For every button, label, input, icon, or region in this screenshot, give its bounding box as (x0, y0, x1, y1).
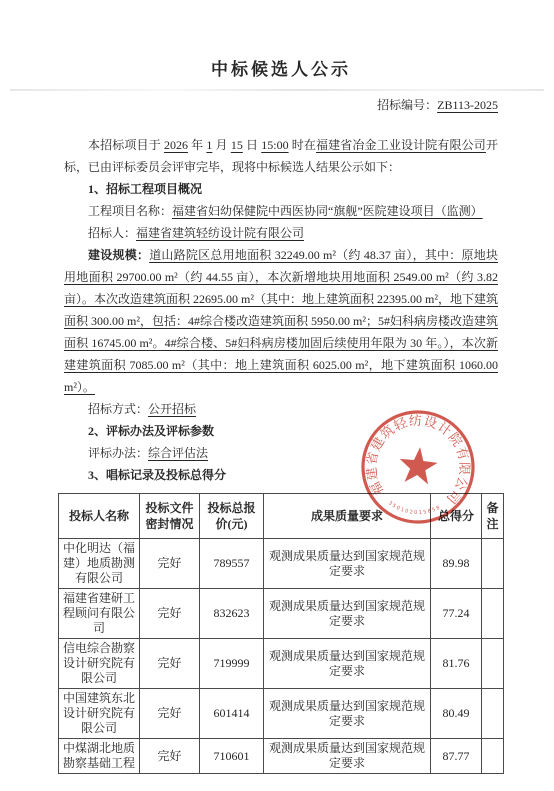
cell-quality-requirement: 观测成果质量达到国家规范规定要求 (264, 589, 431, 639)
cell-total-score: 80.49 (431, 689, 482, 739)
table-row: 中化明达（福建）地质勘测有限公司完好789557观测成果质量达到国家规范规定要求… (59, 539, 504, 589)
cell-bidder-name: 中国建筑东北设计研究院有限公司 (59, 689, 140, 739)
bid-results-table: 投标人名称 投标文件密封情况 投标总报价(元) 成果质量要求 总得分 备注 中化… (58, 493, 504, 774)
text-segment: 福建省妇幼保健院中西医协同“旗舰”医院建设项目（监测） (172, 204, 483, 218)
cell-remarks (482, 589, 504, 639)
cell-remarks (482, 539, 504, 589)
text-segment: 日 (243, 138, 261, 152)
header-quality-requirement: 成果质量要求 (264, 494, 431, 539)
tender-ref-label: 招标编号： (377, 98, 437, 112)
text-segment: 月 (212, 138, 230, 152)
cell-bid-price: 601414 (200, 689, 264, 739)
tender-ref-value: ZB113-2025 (437, 98, 498, 112)
text-segment: 2、评标办法及评标参数 (88, 424, 214, 438)
table-row: 中国建筑东北设计研究院有限公司完好601414观测成果质量达到国家规范规定要求8… (59, 689, 504, 739)
paragraph: 评标办法：综合评估法 (64, 442, 498, 464)
cell-quality-requirement: 观测成果质量达到国家规范规定要求 (264, 539, 431, 589)
header-bidder-name: 投标人名称 (59, 494, 140, 539)
table-row: 信电综合勘察设计研究院有限公司完好719999观测成果质量达到国家规范规定要求8… (59, 639, 504, 689)
text-segment: 工程项目名称： (88, 204, 172, 218)
table-header-row: 投标人名称 投标文件密封情况 投标总报价(元) 成果质量要求 总得分 备注 (59, 494, 504, 539)
paragraph: 1、招标工程项目概况 (64, 178, 498, 200)
document-page: 中标候选人公示 招标编号：ZB113-2025 本招标项目于 2026 年 1 … (0, 0, 554, 791)
text-segment: 15:00 (261, 138, 288, 152)
cell-bidder-name: 中煤湖北地质勘察基础工程 (59, 739, 140, 774)
cell-total-score: 77.24 (431, 589, 482, 639)
paragraph: 2、评标办法及评标参数 (64, 420, 498, 442)
bid-table-body: 中化明达（福建）地质勘测有限公司完好789557观测成果质量达到国家规范规定要求… (59, 539, 504, 774)
paragraph: 招标方式：公开招标 (64, 398, 498, 420)
cell-bidder-name: 信电综合勘察设计研究院有限公司 (59, 639, 140, 689)
page-content: 中标候选人公示 招标编号：ZB113-2025 本招标项目于 2026 年 1 … (0, 0, 554, 774)
cell-quality-requirement: 观测成果质量达到国家规范规定要求 (264, 739, 431, 774)
cell-remarks (482, 739, 504, 774)
cell-seal-status: 完好 (140, 539, 200, 589)
table-row: 中煤湖北地质勘察基础工程完好710601观测成果质量达到国家规范规定要求87.7… (59, 739, 504, 774)
cell-total-score: 87.77 (431, 739, 482, 774)
cell-quality-requirement: 观测成果质量达到国家规范规定要求 (264, 689, 431, 739)
header-bid-seal-status: 投标文件密封情况 (140, 494, 200, 539)
paragraph: 本招标项目于 2026 年 1 月 15 日 15:00 时在福建省冶金工业设计… (64, 134, 498, 178)
header-total-score: 总得分 (431, 494, 482, 539)
cell-bidder-name: 福建省建研工程顾问有限公司 (59, 589, 140, 639)
cell-seal-status: 完好 (140, 689, 200, 739)
cell-remarks (482, 689, 504, 739)
cell-total-score: 89.98 (431, 539, 482, 589)
text-segment: 时在 (289, 138, 316, 152)
text-segment: 评标办法： (88, 446, 148, 460)
text-segment: 综合评估法 (148, 446, 208, 460)
paragraph: 工程项目名称：福建省妇幼保健院中西医协同“旗舰”医院建设项目（监测） (64, 200, 498, 222)
paragraph: 招标人：福建省建筑轻纺设计院有限公司 (64, 222, 498, 244)
text-segment: 2026 (164, 138, 188, 152)
bid-table-header: 投标人名称 投标文件密封情况 投标总报价(元) 成果质量要求 总得分 备注 (59, 494, 504, 539)
text-segment: 招标人： (88, 226, 136, 240)
text-segment: 福建省建筑轻纺设计院有限公司 (136, 226, 304, 240)
text-segment: 3、唱标记录及投标总得分 (88, 468, 226, 482)
text-segment: 15 (231, 138, 243, 152)
cell-seal-status: 完好 (140, 739, 200, 774)
cell-bidder-name: 中化明达（福建）地质勘测有限公司 (59, 539, 140, 589)
text-segment: 本招标项目于 (88, 138, 164, 152)
text-segment: 1、招标工程项目概况 (88, 182, 202, 196)
cell-total-score: 81.76 (431, 639, 482, 689)
text-segment: 道山路院区总用地面积 32249.00 m²（约 48.37 亩），其中：原地块… (64, 248, 498, 394)
document-body: 本招标项目于 2026 年 1 月 15 日 15:00 时在福建省冶金工业设计… (64, 134, 498, 486)
text-segment: 公开招标 (148, 402, 196, 416)
cell-quality-requirement: 观测成果质量达到国家规范规定要求 (264, 639, 431, 689)
cell-remarks (482, 639, 504, 689)
paragraph: 建设规模：道山路院区总用地面积 32249.00 m²（约 48.37 亩），其… (64, 244, 498, 398)
text-segment: 福建省冶金工业设计院有限公司 (316, 138, 486, 152)
cell-bid-price: 789557 (200, 539, 264, 589)
cell-bid-price: 719999 (200, 639, 264, 689)
tender-ref: 招标编号：ZB113-2025 (64, 96, 498, 114)
paragraph: 3、唱标记录及投标总得分 (64, 464, 498, 486)
page-title: 中标候选人公示 (64, 58, 498, 82)
header-remarks: 备注 (482, 494, 504, 539)
cell-seal-status: 完好 (140, 639, 200, 689)
text-segment: 年 (188, 138, 206, 152)
table-row: 福建省建研工程顾问有限公司完好832623观测成果质量达到国家规范规定要求77.… (59, 589, 504, 639)
text-segment: 招标方式： (88, 402, 148, 416)
cell-bid-price: 710601 (200, 739, 264, 774)
header-bid-total-price: 投标总报价(元) (200, 494, 264, 539)
text-segment: 建设规模： (88, 248, 149, 262)
cell-bid-price: 832623 (200, 589, 264, 639)
cell-seal-status: 完好 (140, 589, 200, 639)
